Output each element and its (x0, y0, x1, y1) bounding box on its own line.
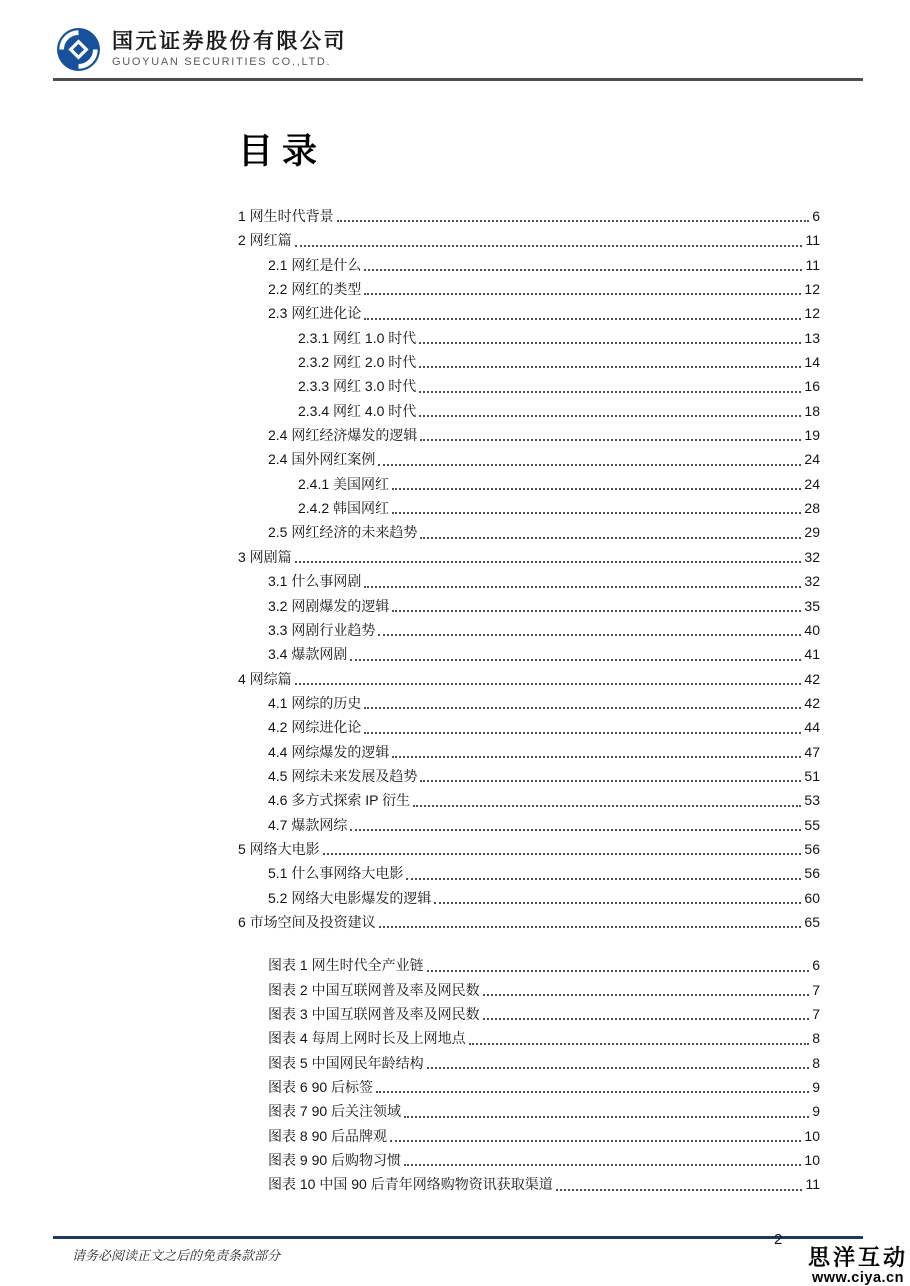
toc-page-number: 32 (804, 545, 820, 569)
toc-entry-label: 2.2 网红的类型 (268, 277, 361, 301)
toc-leader-dots (387, 1124, 804, 1148)
toc-page-number: 42 (804, 667, 820, 691)
toc-entry: 4.7 爆款网综 55 (238, 813, 820, 837)
page-number: 2 (774, 1231, 782, 1248)
toc-page-number: 29 (804, 520, 820, 544)
toc-leader-dots (361, 277, 804, 301)
figure-page-number: 7 (812, 1002, 820, 1026)
toc-leader-dots (553, 1172, 806, 1196)
toc-leader-dots (403, 861, 804, 885)
toc-page-number: 24 (804, 447, 820, 471)
toc-entry: 2.3.1 网红 1.0 时代 13 (238, 326, 820, 350)
toc-entry: 1 网生时代背景 6 (238, 204, 820, 228)
toc-entry: 5.1 什么事网络大电影 56 (238, 861, 820, 885)
toc-leader-dots (424, 1051, 813, 1075)
figure-entry: 图表 7 90 后关注领域 9 (238, 1099, 820, 1123)
toc-entry-label: 5.1 什么事网络大电影 (268, 861, 403, 885)
toc-entry-label: 4.4 网综爆发的逻辑 (268, 740, 389, 764)
toc-entry: 3.3 网剧行业趋势 40 (238, 618, 820, 642)
toc-page-number: 35 (804, 594, 820, 618)
toc-leader-dots (417, 520, 804, 544)
toc-entry: 2.3 网红进化论 12 (238, 301, 820, 325)
toc-entry-label: 2 网红篇 (238, 228, 292, 252)
toc-entry-label: 5.2 网络大电影爆发的逻辑 (268, 886, 431, 910)
toc-entry: 2.4 国外网红案例 24 (238, 447, 820, 471)
toc-page-number: 18 (804, 399, 820, 423)
toc-entry: 3 网剧篇 32 (238, 545, 820, 569)
footer-rule (53, 1236, 863, 1239)
figure-entry: 图表 10 中国 90 后青年网络购物资讯获取渠道 11 (238, 1172, 820, 1196)
company-name-en: GUOYUAN SECURITIES CO.,LTD. (112, 56, 347, 68)
toc-page-number: 56 (804, 837, 820, 861)
toc-entry: 2.3.4 网红 4.0 时代 18 (238, 399, 820, 423)
toc-page-number: 32 (804, 569, 820, 593)
toc-leader-dots (292, 545, 805, 569)
toc-page-number: 19 (804, 423, 820, 447)
toc-page-number: 56 (804, 861, 820, 885)
toc-page-number: 11 (805, 253, 820, 277)
toc-entry: 2.5 网红经济的未来趋势 29 (238, 520, 820, 544)
toc-entry-label: 3.1 什么事网剧 (268, 569, 361, 593)
figure-entry: 图表 3 中国互联网普及率及网民数 7 (238, 1002, 820, 1026)
toc-entry-label: 2.3.3 网红 3.0 时代 (298, 374, 416, 398)
toc-entry-label: 1 网生时代背景 (238, 204, 334, 228)
toc-leader-dots (416, 350, 804, 374)
toc-page-number: 28 (804, 496, 820, 520)
company-logo-icon (56, 27, 101, 72)
watermark-name: 思洋互动 (808, 1246, 908, 1270)
toc-leader-dots (431, 886, 804, 910)
toc-entry: 6 市场空间及投资建议 65 (238, 910, 820, 934)
figure-entry: 图表 8 90 后品牌观 10 (238, 1124, 820, 1148)
figure-entry: 图表 2 中国互联网普及率及网民数 7 (238, 978, 820, 1002)
toc-entry-label: 2.4 网红经济爆发的逻辑 (268, 423, 417, 447)
toc-entry: 4.6 多方式探索 IP 衍生 53 (238, 788, 820, 812)
toc-entry-label: 2.5 网红经济的未来趋势 (268, 520, 417, 544)
toc-page-number: 12 (804, 277, 820, 301)
toc-entry-label: 2.3.1 网红 1.0 时代 (298, 326, 416, 350)
figure-entry: 图表 6 90 后标签 9 (238, 1075, 820, 1099)
toc-leader-dots (320, 837, 805, 861)
toc-leader-dots (375, 618, 804, 642)
toc-leader-dots (292, 228, 806, 252)
figure-page-number: 11 (805, 1172, 820, 1196)
toc-entry-label: 4.5 网综未来发展及趋势 (268, 764, 417, 788)
disclaimer-text: 请务必阅读正文之后的免责条款部分 (72, 1245, 280, 1264)
header-rule (53, 78, 863, 81)
toc-entry: 2.3.3 网红 3.0 时代 16 (238, 374, 820, 398)
toc-entry-label: 2.4.1 美国网红 (298, 472, 389, 496)
toc-entry: 3.2 网剧爆发的逻辑 35 (238, 594, 820, 618)
toc-leader-dots (480, 1002, 813, 1026)
toc-entry: 2.4 网红经济爆发的逻辑 19 (238, 423, 820, 447)
toc-leader-dots (401, 1099, 812, 1123)
figure-entry-label: 图表 2 中国互联网普及率及网民数 (268, 978, 480, 1002)
figure-entry-label: 图表 10 中国 90 后青年网络购物资讯获取渠道 (268, 1172, 553, 1196)
figure-entry-label: 图表 3 中国互联网普及率及网民数 (268, 1002, 480, 1026)
toc-entry-label: 6 市场空间及投资建议 (238, 910, 376, 934)
toc-entry: 5 网络大电影 56 (238, 837, 820, 861)
figure-page-number: 8 (812, 1026, 820, 1050)
toc-leader-dots (401, 1148, 804, 1172)
figure-page-number: 8 (812, 1051, 820, 1075)
toc-leader-dots (373, 1075, 812, 1099)
toc-entry-label: 4.2 网综进化论 (268, 715, 361, 739)
toc-page-number: 12 (804, 301, 820, 325)
toc-leader-dots (416, 399, 804, 423)
figure-page-number: 6 (812, 953, 820, 977)
toc-page-number: 14 (804, 350, 820, 374)
toc-entry-label: 4 网综篇 (238, 667, 292, 691)
toc-page-number: 44 (804, 715, 820, 739)
toc-leader-dots (347, 813, 804, 837)
watermark-url: www.ciya.cn (808, 1270, 908, 1286)
toc-entry-label: 2.4.2 韩国网红 (298, 496, 389, 520)
figure-entry: 图表 9 90 后购物习惯 10 (238, 1148, 820, 1172)
toc-entry: 2.4.2 韩国网红 28 (238, 496, 820, 520)
toc-page-number: 41 (804, 642, 820, 666)
toc-leader-dots (417, 764, 804, 788)
toc-page-number: 6 (812, 204, 820, 228)
toc-entry: 4 网综篇 42 (238, 667, 820, 691)
figure-entry-label: 图表 6 90 后标签 (268, 1075, 373, 1099)
toc-entry: 5.2 网络大电影爆发的逻辑 60 (238, 886, 820, 910)
toc-entry-label: 2.1 网红是什么 (268, 253, 361, 277)
page-title: 目录 (238, 130, 820, 174)
toc-leader-dots (416, 374, 804, 398)
figure-entry-label: 图表 7 90 后关注领域 (268, 1099, 401, 1123)
toc-leader-dots (376, 910, 805, 934)
toc-entry: 2 网红篇 11 (238, 228, 820, 252)
toc-leader-dots (361, 301, 804, 325)
toc-entry: 3.4 爆款网剧 41 (238, 642, 820, 666)
toc-page-number: 65 (804, 910, 820, 934)
toc-entry: 4.1 网综的历史 42 (238, 691, 820, 715)
toc-leader-dots (389, 472, 804, 496)
toc-entry: 4.5 网综未来发展及趋势 51 (238, 764, 820, 788)
toc-page-number: 13 (804, 326, 820, 350)
toc-entry: 2.2 网红的类型 12 (238, 277, 820, 301)
company-name: 国元证券股份有限公司 GUOYUAN SECURITIES CO.,LTD. (112, 27, 347, 68)
toc-list: 1 网生时代背景 6 2 网红篇 11 2.1 网红是什么 11 2.2 网红的… (238, 204, 820, 934)
toc-leader-dots (361, 569, 804, 593)
toc-entry-label: 2.3 网红进化论 (268, 301, 361, 325)
toc-leader-dots (480, 978, 813, 1002)
toc-entry-label: 3.2 网剧爆发的逻辑 (268, 594, 389, 618)
toc-leader-dots (389, 594, 804, 618)
toc-entry-label: 2.3.2 网红 2.0 时代 (298, 350, 416, 374)
toc-entry: 2.3.2 网红 2.0 时代 14 (238, 350, 820, 374)
toc-leader-dots (375, 447, 804, 471)
toc-entry: 2.1 网红是什么 11 (238, 253, 820, 277)
toc-page-number: 47 (804, 740, 820, 764)
toc-entry-label: 2.3.4 网红 4.0 时代 (298, 399, 416, 423)
figure-page-number: 9 (812, 1099, 820, 1123)
figure-page-number: 7 (812, 978, 820, 1002)
figure-entry-label: 图表 5 中国网民年龄结构 (268, 1051, 424, 1075)
toc-entry-label: 3 网剧篇 (238, 545, 292, 569)
toc-leader-dots (410, 788, 804, 812)
toc-page-number: 24 (804, 472, 820, 496)
toc-leader-dots (466, 1026, 813, 1050)
toc-entry-label: 3.4 爆款网剧 (268, 642, 347, 666)
toc-page-number: 51 (804, 764, 820, 788)
toc-page-number: 53 (804, 788, 820, 812)
figures-list: 图表 1 网生时代全产业链 6 图表 2 中国互联网普及率及网民数 7 图表 3… (238, 953, 820, 1196)
watermark: 思洋互动 www.ciya.cn (808, 1246, 908, 1286)
figure-page-number: 10 (804, 1148, 820, 1172)
figure-entry-label: 图表 4 每周上网时长及上网地点 (268, 1026, 466, 1050)
figure-entry: 图表 4 每周上网时长及上网地点 8 (238, 1026, 820, 1050)
toc-entry: 4.2 网综进化论 44 (238, 715, 820, 739)
toc-entry-label: 4.6 多方式探索 IP 衍生 (268, 788, 410, 812)
report-header: 国元证券股份有限公司 GUOYUAN SECURITIES CO.,LTD. (56, 27, 347, 72)
toc-entry: 3.1 什么事网剧 32 (238, 569, 820, 593)
figure-page-number: 9 (812, 1075, 820, 1099)
toc-page-number: 11 (805, 228, 820, 252)
toc-entry-label: 5 网络大电影 (238, 837, 320, 861)
figure-entry: 图表 1 网生时代全产业链 6 (238, 953, 820, 977)
toc-entry-label: 2.4 国外网红案例 (268, 447, 375, 471)
toc-leader-dots (389, 740, 804, 764)
toc-leader-dots (424, 953, 813, 977)
figure-page-number: 10 (804, 1124, 820, 1148)
toc-leader-dots (334, 204, 813, 228)
toc-leader-dots (361, 253, 805, 277)
toc-entry-label: 3.3 网剧行业趋势 (268, 618, 375, 642)
toc-entry: 2.4.1 美国网红 24 (238, 472, 820, 496)
toc-entry: 4.4 网综爆发的逻辑 47 (238, 740, 820, 764)
toc-entry-label: 4.7 爆款网综 (268, 813, 347, 837)
figure-entry-label: 图表 9 90 后购物习惯 (268, 1148, 401, 1172)
company-name-cn: 国元证券股份有限公司 (112, 29, 347, 54)
figure-entry: 图表 5 中国网民年龄结构 8 (238, 1051, 820, 1075)
figure-entry-label: 图表 1 网生时代全产业链 (268, 953, 424, 977)
toc-leader-dots (361, 715, 804, 739)
toc-leader-dots (347, 642, 804, 666)
toc-page-number: 16 (804, 374, 820, 398)
toc-page-number: 55 (804, 813, 820, 837)
toc-leader-dots (389, 496, 804, 520)
toc-leader-dots (361, 691, 804, 715)
toc-page-number: 42 (804, 691, 820, 715)
toc-entry-label: 4.1 网综的历史 (268, 691, 361, 715)
toc-page-number: 60 (804, 886, 820, 910)
toc-leader-dots (292, 667, 805, 691)
figure-entry-label: 图表 8 90 后品牌观 (268, 1124, 387, 1148)
toc-leader-dots (416, 326, 804, 350)
toc-leader-dots (417, 423, 804, 447)
document-page: { "header": { "company_name_cn": "国元证券股份… (0, 0, 910, 1286)
toc-page-number: 40 (804, 618, 820, 642)
toc-content: 目录 1 网生时代背景 6 2 网红篇 11 2.1 网红是什么 11 2.2 … (238, 130, 820, 1197)
